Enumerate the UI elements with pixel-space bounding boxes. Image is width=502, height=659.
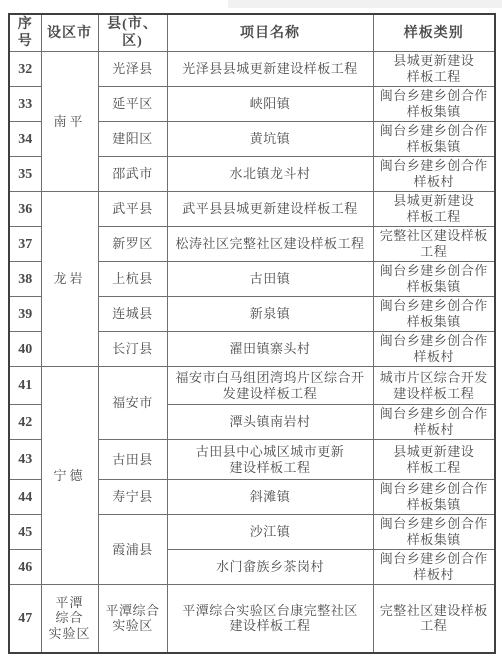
county-cell: 延平区 [98, 87, 167, 122]
category-cell: 闽台乡建乡创合作 样板集镇 [373, 87, 495, 122]
county-cell: 霞浦县 [98, 515, 167, 585]
county-cell: 上杭县 [98, 262, 167, 297]
seq-cell: 41 [9, 367, 41, 405]
county-cell: 新罗区 [98, 227, 167, 262]
category-cell: 城市片区综合开发 建设样板工程 [373, 367, 495, 405]
county-cell: 福安市 [98, 367, 167, 440]
seq-cell: 39 [9, 297, 41, 332]
city-cell: 宁德 [41, 367, 98, 585]
seq-cell: 35 [9, 157, 41, 192]
category-cell: 闽台乡建乡创合作 样板村 [373, 332, 495, 367]
table-row: 47 平潭 综合 实验区 平潭综合 实验区 平潭综合实验区台康完整社区 建设样板… [9, 585, 495, 653]
table-row: 41 宁德 福安市 福安市白马组团湾坞片区综合开 发建设样板工程 城市片区综合开… [9, 367, 495, 405]
category-cell: 闽台乡建乡创合作 样板集镇 [373, 480, 495, 515]
category-cell: 完整社区建设样板 工程 [373, 585, 495, 653]
seq-cell: 42 [9, 405, 41, 440]
county-cell: 建阳区 [98, 122, 167, 157]
category-cell: 闽台乡建乡创合作 样板集镇 [373, 262, 495, 297]
city-cell: 平潭 综合 实验区 [41, 585, 98, 653]
county-cell: 邵武市 [98, 157, 167, 192]
project-cell: 松涛社区完整社区建设样板工程 [167, 227, 373, 262]
category-cell: 闽台乡建乡创合作 样板村 [373, 157, 495, 192]
header-seq: 序 号 [9, 14, 41, 52]
category-cell: 闽台乡建乡创合作 样板村 [373, 405, 495, 440]
seq-cell: 38 [9, 262, 41, 297]
city-cell: 南平 [41, 52, 98, 192]
category-cell: 闽台乡建乡创合作 样板集镇 [373, 297, 495, 332]
project-cell: 古田镇 [167, 262, 373, 297]
header-row: 序 号 设区市 县(市、区) 项目名称 样板类别 [9, 14, 495, 52]
project-cell: 光泽县县城更新建设样板工程 [167, 52, 373, 87]
category-cell: 县城更新建设 样板工程 [373, 192, 495, 227]
header-county: 县(市、区) [98, 14, 167, 52]
seq-cell: 32 [9, 52, 41, 87]
seq-cell: 37 [9, 227, 41, 262]
project-cell: 斜滩镇 [167, 480, 373, 515]
county-cell: 武平县 [98, 192, 167, 227]
project-cell: 武平县县城更新建设样板工程 [167, 192, 373, 227]
seq-cell: 44 [9, 480, 41, 515]
project-cell: 福安市白马组团湾坞片区综合开 发建设样板工程 [167, 367, 373, 405]
seq-cell: 34 [9, 122, 41, 157]
county-cell: 长汀县 [98, 332, 167, 367]
project-cell: 古田县中心城区城市更新 建设样板工程 [167, 440, 373, 480]
header-project: 项目名称 [167, 14, 373, 52]
county-cell: 光泽县 [98, 52, 167, 87]
seq-cell: 33 [9, 87, 41, 122]
category-cell: 县城更新建设 样板工程 [373, 440, 495, 480]
seq-cell: 43 [9, 440, 41, 480]
project-cell: 新泉镇 [167, 297, 373, 332]
project-cell: 濯田镇寨头村 [167, 332, 373, 367]
project-cell: 水门畲族乡茶岗村 [167, 550, 373, 585]
county-cell: 古田县 [98, 440, 167, 480]
county-cell: 平潭综合 实验区 [98, 585, 167, 653]
seq-cell: 40 [9, 332, 41, 367]
project-cell: 水北镇龙斗村 [167, 157, 373, 192]
header-category: 样板类别 [373, 14, 495, 52]
seq-cell: 47 [9, 585, 41, 653]
seq-cell: 45 [9, 515, 41, 550]
project-table: 序 号 设区市 县(市、区) 项目名称 样板类别 32 南平 光泽县 光泽县县城… [8, 13, 496, 654]
category-cell: 县城更新建设 样板工程 [373, 52, 495, 87]
project-cell: 黄坑镇 [167, 122, 373, 157]
top-gray-strip [228, 0, 502, 8]
project-cell: 平潭综合实验区台康完整社区 建设样板工程 [167, 585, 373, 653]
category-cell: 闽台乡建乡创合作 样板村 [373, 550, 495, 585]
category-cell: 闽台乡建乡创合作 样板集镇 [373, 122, 495, 157]
county-cell: 连城县 [98, 297, 167, 332]
header-city: 设区市 [41, 14, 98, 52]
seq-cell: 46 [9, 550, 41, 585]
category-cell: 闽台乡建乡创合作 样板集镇 [373, 515, 495, 550]
seq-cell: 36 [9, 192, 41, 227]
county-cell: 寿宁县 [98, 480, 167, 515]
project-cell: 峡阳镇 [167, 87, 373, 122]
category-cell: 完整社区建设样板 工程 [373, 227, 495, 262]
table-row: 32 南平 光泽县 光泽县县城更新建设样板工程 县城更新建设 样板工程 [9, 52, 495, 87]
project-cell: 沙江镇 [167, 515, 373, 550]
project-cell: 潭头镇南岩村 [167, 405, 373, 440]
table-row: 36 龙岩 武平县 武平县县城更新建设样板工程 县城更新建设 样板工程 [9, 192, 495, 227]
city-cell: 龙岩 [41, 192, 98, 367]
